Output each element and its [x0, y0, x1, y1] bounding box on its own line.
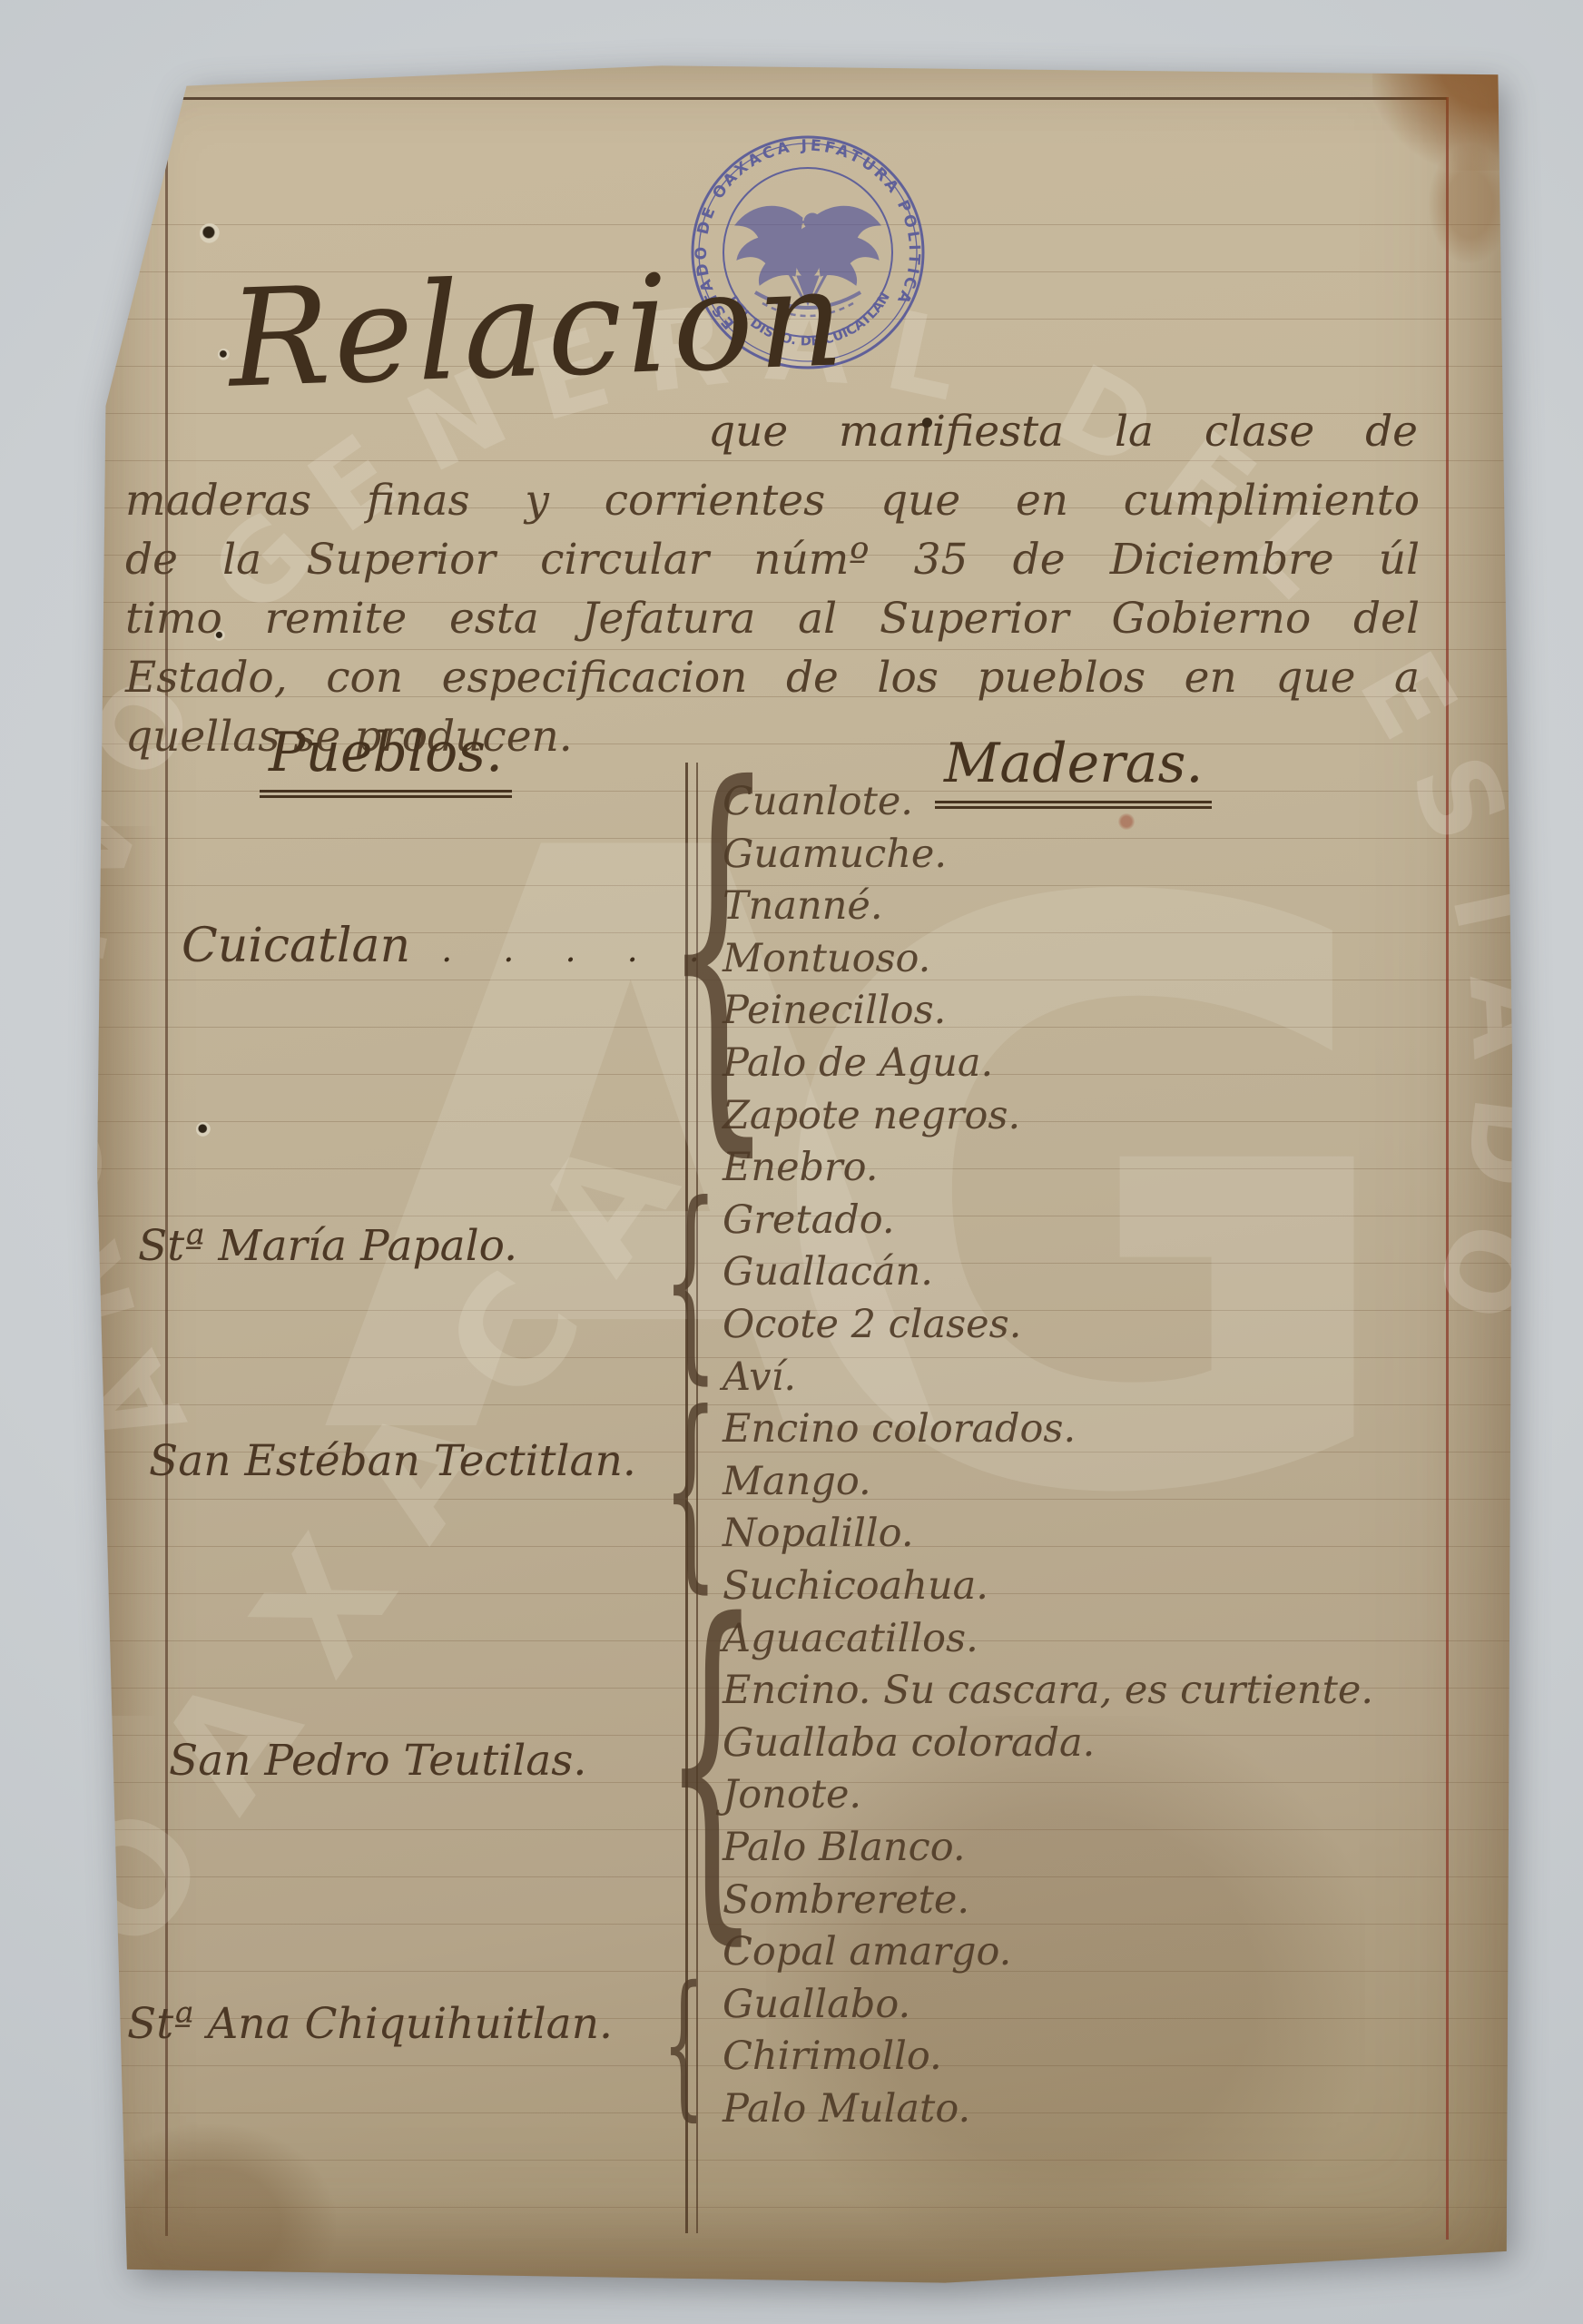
wood-item: Aví.	[723, 1354, 796, 1400]
punch-hole	[200, 223, 220, 243]
pueblo-name-label: Stª María Papalo.	[138, 1221, 517, 1271]
wood-item: Aguacatillos.	[723, 1616, 978, 1661]
right-margin-line	[1446, 97, 1449, 2240]
paragraph-line: Estado, con especificacion de los pueblo…	[125, 653, 1420, 703]
punch-hole	[214, 630, 225, 641]
paper: ARCHIVO GENERAL DEL ESTADO A G OAXACA ES…	[94, 45, 1512, 2299]
top-margin-line	[165, 97, 1447, 100]
pueblos-column-header: Pueblos.	[260, 721, 512, 793]
punch-hole	[218, 349, 230, 360]
wood-item: Palo Mulato.	[723, 2086, 970, 2132]
group-brace: {	[663, 1579, 761, 1945]
title-continuation: que manifiesta la clase de	[708, 407, 1418, 457]
pueblo-name: San Estéban Tectitlan.	[149, 1436, 636, 1486]
pueblo-name: San Pedro Teutilas.	[169, 1736, 586, 1786]
group-brace: {	[663, 1177, 719, 1385]
wood-item: Gretado.	[723, 1197, 895, 1243]
pueblo-name: Stª María Papalo.	[138, 1221, 517, 1271]
wood-item: Encino colorados.	[723, 1406, 1076, 1452]
wood-item: Guallabo.	[723, 1982, 910, 2027]
paragraph-line: timo remite esta Jefatura al Superior Go…	[125, 594, 1420, 644]
wood-item: Ocote 2 clases.	[723, 1302, 1021, 1347]
pueblo-name: Stª Ana Chiquihuitlan.	[127, 1999, 613, 2049]
paragraph-line: maderas finas y corrientes que en cumpli…	[125, 476, 1420, 526]
wood-item: Copal amargo.	[723, 1929, 1011, 1974]
group-brace: {	[663, 737, 774, 1156]
wood-item: Guallaba colorada.	[723, 1720, 1095, 1766]
corner-stain	[1372, 34, 1527, 171]
wood-item: Guallacán.	[723, 1249, 933, 1295]
document-sheet: ARCHIVO GENERAL DEL ESTADO A G OAXACA ES…	[94, 45, 1512, 2299]
group-brace: {	[663, 1966, 704, 2123]
left-margin-line	[165, 97, 168, 2236]
paragraph-line: de la Superior circular númº 35 de Dicie…	[125, 535, 1420, 585]
pueblo-name-label: Cuicatlan	[182, 919, 410, 973]
document-title: Relacion	[226, 240, 850, 418]
pueblo-name: Cuicatlan . . . . .	[182, 919, 720, 973]
wood-item: Suchicoahua.	[723, 1563, 988, 1609]
maderas-column-header: Maderas.	[935, 732, 1212, 803]
pueblo-name-label: San Pedro Teutilas.	[169, 1736, 586, 1786]
wood-item: Mango.	[723, 1459, 871, 1504]
punch-hole	[196, 1122, 211, 1137]
wood-item: Encino. Su cascara, es curtiente.	[723, 1668, 1373, 1713]
pueblo-name-label: San Estéban Tectitlan.	[149, 1436, 636, 1486]
wood-item: Chirimollo.	[723, 2033, 942, 2079]
pueblo-name-label: Stª Ana Chiquihuitlan.	[127, 1999, 613, 2049]
